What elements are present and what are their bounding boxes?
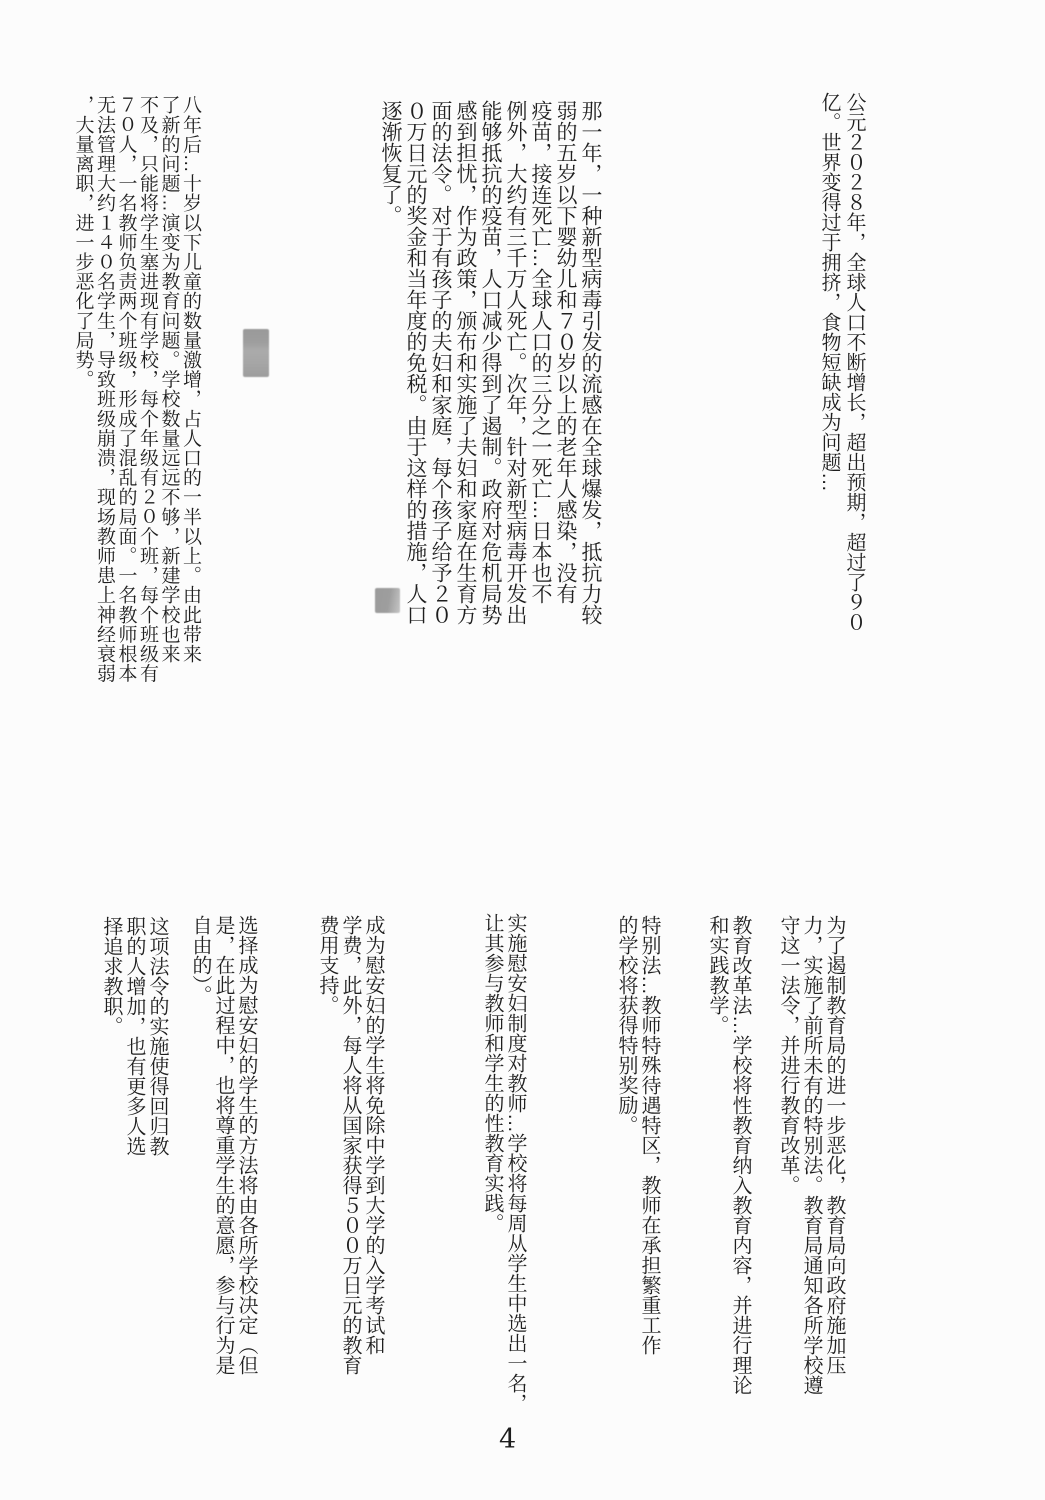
- text-column: 八年后…十岁以下儿童的数量激增，占人口的一半以上。由此带来: [180, 95, 202, 683]
- text-column: 择追求教职。: [99, 916, 122, 1156]
- paragraph-law-effect: 这项法令的实施使得回归教 职的人增加，也有更多人选 择追求教职。: [99, 916, 168, 1156]
- text-column: 让其参与教师和学生的性教育实践。: [480, 913, 503, 1413]
- text-column: 自由的）。: [188, 915, 211, 1375]
- text-column: 感到担忧，作为政策，颁布和实施了夫妇和家庭在生育方: [453, 100, 478, 625]
- text-column: 费用支持。: [315, 915, 338, 1375]
- text-column: 学费，此外，每人将从国家获得５００万日元的教育: [338, 915, 361, 1375]
- page-number: 4: [499, 1424, 516, 1455]
- paragraph-student-benefits: 成为慰安妇的学生将免除中学到大学的入学考试和 学费，此外，每人将从国家获得５００…: [315, 915, 384, 1375]
- text-column: 了新的问题…演变为教育问题。学校数量远远不够，新建学校也来: [158, 95, 180, 683]
- text-column: 无法管理大约１４０名学生，导致班级崩溃，现场教师患上神经衰弱: [94, 95, 116, 683]
- text-column: 的学校将获得特别奖励。: [614, 915, 637, 1355]
- text-column: 特别法…教师特殊待遇特区，教师在承担繁重工作: [637, 915, 660, 1355]
- text-column: 选择成为慰安妇的学生的方法将由各所学校决定（但: [234, 915, 257, 1375]
- paragraph-pandemic: 那一年，一种新型病毒引发的流感在全球爆发，抵抗力较 弱的五岁以下婴幼儿和７０岁以…: [378, 100, 603, 625]
- paragraph-world-population: 公元２０２８年，全球人口不断增长，超出预期，超过了９０ 亿。世界变得过于拥挤，食…: [816, 92, 866, 632]
- text-column: 例外，大约有三千万人死亡。次年，针对新型病毒开发出: [503, 100, 528, 625]
- text-column: 和实践教学。: [705, 915, 728, 1395]
- text-column: 为了遏制教育局的进一步恶化，教育局向政府施加压: [822, 915, 845, 1395]
- text-column: 那一年，一种新型病毒引发的流感在全球爆发，抵抗力较: [578, 100, 603, 625]
- text-column: 守这一法令，并进行教育改革。: [776, 915, 799, 1395]
- text-column: 能够抵抗的疫苗，人口减少得到了遏制。政府对危机局势: [478, 100, 503, 625]
- scanned-document-page: 公元２０２８年，全球人口不断增长，超出预期，超过了９０ 亿。世界变得过于拥挤，食…: [0, 0, 1045, 1500]
- text-column: 弱的五岁以下婴幼儿和７０岁以上的老年人感染，没有: [553, 100, 578, 625]
- paragraph-education-reform-law: 教育改革法…学校将性教育纳入教育内容，并进行理论 和实践教学。: [705, 915, 751, 1395]
- text-column: 逐渐恢复了。: [378, 100, 403, 625]
- text-column: 公元２０２８年，全球人口不断增长，超出预期，超过了９０: [841, 92, 866, 632]
- paragraph-special-law-intro: 为了遏制教育局的进一步恶化，教育局向政府施加压 力，实施了前所未有的特别法。教育…: [776, 915, 845, 1395]
- text-column: 力，实施了前所未有的特别法。教育局通知各所学校遵: [799, 915, 822, 1395]
- text-column: 不及，只能将学生塞进现有学校，每个年级有２０个班，每个班级有: [137, 95, 159, 683]
- text-column: ７０人，一名教师负责两个班级，形成了混乱的局面。一名教师根本: [115, 95, 137, 683]
- text-column: 疫苗，接连死亡…全球人口的三分之一死亡…日本也不: [528, 100, 553, 625]
- text-column: 职的人增加，也有更多人选: [122, 916, 145, 1156]
- paragraph-comfort-women-system: 实施慰安妇制度对教师…学校将每周从学生中选出一名， 让其参与教师和学生的性教育实…: [480, 913, 526, 1413]
- text-column: ，大量离职，进一步恶化了局势。: [72, 95, 94, 683]
- scan-smudge: [243, 329, 269, 377]
- text-column: 教育改革法…学校将性教育纳入教育内容，并进行理论: [728, 915, 751, 1395]
- text-column: 这项法令的实施使得回归教: [145, 916, 168, 1156]
- paragraph-teacher-special-zone: 特别法…教师特殊待遇特区，教师在承担繁重工作 的学校将获得特别奖励。: [614, 915, 660, 1355]
- paragraph-education-crisis: 八年后…十岁以下儿童的数量激增，占人口的一半以上。由此带来 了新的问题…演变为教…: [72, 95, 201, 683]
- scan-smudge: [375, 588, 400, 613]
- text-column: 亿。世界变得过于拥挤，食物短缺成为问题…: [816, 92, 841, 632]
- text-column: 面的法令。对于有孩子的夫妇和家庭，每个孩子给予２０: [428, 100, 453, 625]
- paragraph-selection-method: 选择成为慰安妇的学生的方法将由各所学校决定（但 是，在此过程中，也将尊重学生的意…: [188, 915, 257, 1375]
- text-column: 是，在此过程中，也将尊重学生的意愿，参与行为是: [211, 915, 234, 1375]
- text-column: 成为慰安妇的学生将免除中学到大学的入学考试和: [361, 915, 384, 1375]
- text-column: ０万日元的奖金和当年度的免税。由于这样的措施，人口: [403, 100, 428, 625]
- text-column: 实施慰安妇制度对教师…学校将每周从学生中选出一名，: [503, 913, 526, 1413]
